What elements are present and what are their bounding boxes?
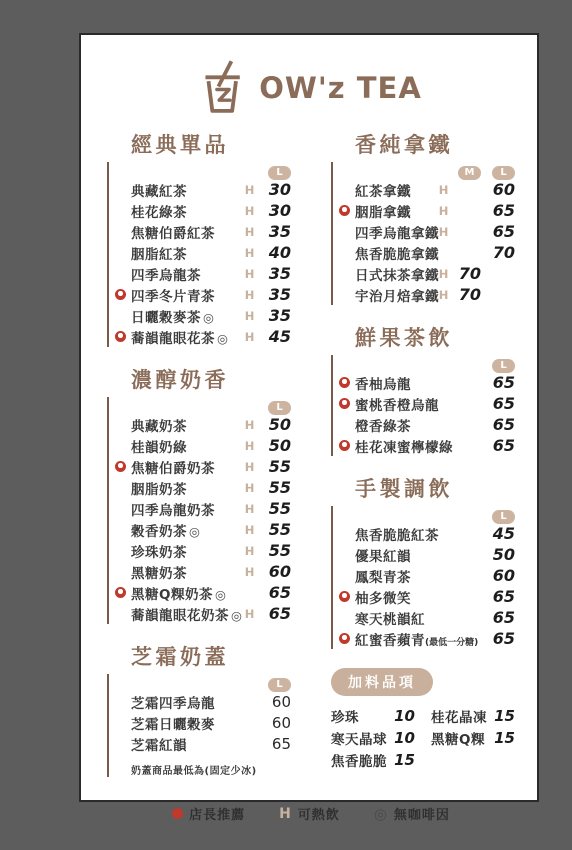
topping-name: 焦香脆脆	[331, 750, 394, 770]
item-name: 焦糖伯爵奶茶	[131, 457, 242, 477]
hot-marker: H	[242, 246, 257, 260]
menu-item-row: 胭脂奶茶H55	[131, 477, 291, 498]
size-badge-L: L	[268, 401, 291, 415]
menu-item-row: 四季烏龍茶H35	[131, 263, 291, 284]
menu-item-row: 焦香脆脆拿鐵70	[355, 242, 515, 263]
brand-name: OW'z TEA	[259, 71, 422, 105]
menu-column-2: 香純拿鐵ML紅茶拿鐵H60胭脂拿鐵H65四季烏龍拿鐵H65焦香脆脆拿鐵70日式抹…	[331, 133, 515, 798]
price-value: 65	[493, 436, 515, 455]
item-name: 芝霜紅韻	[131, 734, 242, 754]
menu-item-row: 紅茶拿鐵H60	[355, 179, 515, 200]
menu-section: 經典單品L典藏紅茶H30桂花綠茶H30焦糖伯爵紅茶H35胭脂紅茶H40四季烏龍茶…	[107, 133, 291, 347]
item-name: 四季烏龍茶	[131, 264, 242, 284]
price-L: 65	[257, 734, 291, 753]
price-L: 55	[257, 478, 291, 497]
price-L: 35	[257, 264, 291, 283]
decaf-icon: ◎	[231, 608, 242, 623]
menu-item-row: 胭脂拿鐵H65	[355, 200, 515, 221]
menu-item-row: 芝霜紅韻65	[131, 733, 291, 754]
menu-item-row: 四季烏龍奶茶H55	[131, 498, 291, 519]
legend-decaf: ◎ 無咖啡因	[374, 804, 450, 823]
section-title: 手製調飲	[355, 477, 515, 501]
price-L: 65	[481, 587, 515, 606]
size-badge-row: L	[355, 355, 515, 370]
price-value: 65	[493, 415, 515, 434]
toppings-columns: 珍珠10寒天晶球10焦香脆脆15桂花晶凍15黑糖Q粿15	[331, 705, 515, 771]
price-L: 65	[481, 222, 515, 241]
price-value: 55	[269, 520, 291, 539]
price-L: 45	[257, 327, 291, 346]
legend-hot: H 可熱飲	[279, 804, 340, 823]
size-badge-L: L	[268, 166, 291, 180]
price-L: 65	[257, 583, 291, 602]
recommend-icon	[339, 591, 350, 602]
price-value: 70	[459, 264, 481, 283]
menu-item-row: 日曬穀麥茶◎H35	[131, 305, 291, 326]
item-name: 柚多微笑	[355, 587, 466, 607]
item-note: (最低一分糖)	[425, 638, 478, 648]
price-L: 55	[257, 520, 291, 539]
toppings-title: 加料品項	[331, 668, 433, 696]
price-value: 65	[493, 394, 515, 413]
size-badge-row: L	[131, 397, 291, 412]
menu-item-row: 蕎韻龍眼花茶◎H45	[131, 326, 291, 347]
menu-item-row: 橙香綠茶65	[355, 414, 515, 435]
price-L: 60	[481, 180, 515, 199]
hot-marker: H	[436, 204, 451, 218]
size-badge-slot: L	[257, 160, 291, 180]
menu-columns: 經典單品L典藏紅茶H30桂花綠茶H30焦糖伯爵紅茶H35胭脂紅茶H40四季烏龍茶…	[107, 133, 515, 798]
price-value: 35	[269, 285, 291, 304]
legend: 店長推薦 H 可熱飲 ◎ 無咖啡因	[107, 804, 515, 823]
price-value: 70	[459, 285, 481, 304]
item-name: 四季冬片青茶	[131, 285, 242, 305]
menu-item-row: 典藏奶茶H50	[131, 414, 291, 435]
price-value: 65	[493, 587, 515, 606]
price-M: 70	[451, 264, 481, 283]
size-badge-row: ML	[355, 162, 515, 177]
topping-row: 黑糖Q粿15	[431, 727, 515, 749]
hot-marker: H	[436, 267, 451, 281]
item-name: 典藏紅茶	[131, 180, 242, 200]
menu-item-row: 芝霜四季烏龍60	[131, 691, 291, 712]
section-items: L香柚烏龍65蜜桃香橙烏龍65橙香綠茶65桂花凍蜜檸檬綠65	[331, 355, 515, 456]
size-badge-row: L	[131, 162, 291, 177]
menu-item-row: 穀香奶茶◎H55	[131, 519, 291, 540]
section-items: L典藏紅茶H30桂花綠茶H30焦糖伯爵紅茶H35胭脂紅茶H40四季烏龍茶H35四…	[107, 162, 291, 347]
menu-item-row: 典藏紅茶H30	[131, 179, 291, 200]
menu-item-row: 胭脂紅茶H40	[131, 242, 291, 263]
hot-marker: H	[242, 439, 257, 453]
item-name: 日式抹茶拿鐵	[355, 264, 436, 284]
price-value: 55	[269, 541, 291, 560]
price-value: 70	[493, 243, 515, 262]
section-items: L焦香脆脆紅茶45優果紅韻50鳳梨青茶60柚多微笑65寒天桃韻紅65紅蜜香蘋青(…	[331, 506, 515, 649]
item-name: 焦香脆脆紅茶	[355, 524, 466, 544]
cup-with-straw-icon	[200, 59, 246, 117]
legend-label: 店長推薦	[189, 804, 245, 823]
item-name: 寒天桃韻紅	[355, 608, 466, 628]
menu-item-row: 四季冬片青茶H35	[131, 284, 291, 305]
menu-item-row: 黑糖奶茶H60	[131, 561, 291, 582]
section-items: ML紅茶拿鐵H60胭脂拿鐵H65四季烏龍拿鐵H65焦香脆脆拿鐵70日式抹茶拿鐵H…	[331, 162, 515, 305]
price-value: 45	[493, 524, 515, 543]
hot-marker: H	[242, 502, 257, 516]
hot-marker: H	[242, 267, 257, 281]
section-title: 香純拿鐵	[355, 133, 515, 157]
item-name: 黑糖奶茶	[131, 562, 242, 582]
price-value: 35	[269, 306, 291, 325]
brand-logo: OW'z TEA	[107, 59, 515, 117]
menu-section: 芝霜奶蓋L芝霜四季烏龍60芝霜日曬穀麥60芝霜紅韻65奶蓋商品最低為(固定少冰)	[107, 645, 291, 777]
price-L: 55	[257, 499, 291, 518]
price-value: 60	[269, 562, 291, 581]
topping-row: 寒天晶球10	[331, 727, 415, 749]
price-L: 40	[257, 243, 291, 262]
legend-label: 無咖啡因	[394, 804, 450, 823]
price-L: 60	[257, 713, 291, 732]
price-value: 55	[269, 457, 291, 476]
hot-marker: H	[242, 481, 257, 495]
item-name: 蕎韻龍眼花茶◎	[131, 327, 242, 347]
menu-item-row: 四季烏龍拿鐵H65	[355, 221, 515, 242]
recommend-icon	[172, 808, 183, 819]
hot-marker: H	[242, 225, 257, 239]
price-L: 65	[481, 415, 515, 434]
price-value: 65	[493, 373, 515, 392]
hot-marker: H	[242, 183, 257, 197]
price-L: 65	[481, 608, 515, 627]
menu-item-row: 焦糖伯爵紅茶H35	[131, 221, 291, 242]
legend-label: 可熱飲	[298, 804, 340, 823]
menu-section: 香純拿鐵ML紅茶拿鐵H60胭脂拿鐵H65四季烏龍拿鐵H65焦香脆脆拿鐵70日式抹…	[331, 133, 515, 305]
hot-marker: H	[242, 607, 257, 621]
menu-section-toppings: 加料品項珍珠10寒天晶球10焦香脆脆15桂花晶凍15黑糖Q粿15	[331, 668, 515, 771]
menu-item-row: 蕎韻龍眼花奶茶◎H65	[131, 603, 291, 624]
price-value: 65	[493, 629, 515, 648]
hot-marker: H	[242, 330, 257, 344]
item-name: 珍珠奶茶	[131, 541, 242, 561]
item-name: 胭脂拿鐵	[355, 201, 436, 221]
topping-price: 10	[394, 729, 415, 747]
price-value: 50	[269, 415, 291, 434]
decaf-icon: ◎	[203, 310, 214, 325]
hot-marker: H	[436, 225, 451, 239]
price-L: 50	[481, 545, 515, 564]
price-L: 65	[481, 629, 515, 648]
item-name: 黑糖Q粿奶茶◎	[131, 583, 242, 603]
price-L: 35	[257, 306, 291, 325]
price-value: 35	[269, 222, 291, 241]
price-value: 65	[493, 608, 515, 627]
price-L: 50	[257, 415, 291, 434]
item-name: 蕎韻龍眼花奶茶◎	[131, 604, 242, 624]
price-value: 65	[493, 201, 515, 220]
menu-item-row: 桂花凍蜜檸檬綠65	[355, 435, 515, 456]
menu-item-row: 寒天桃韻紅65	[355, 607, 515, 628]
price-L: 60	[257, 692, 291, 711]
recommend-icon	[339, 440, 350, 451]
price-L: 65	[481, 201, 515, 220]
price-value: 35	[269, 264, 291, 283]
price-L: 65	[257, 604, 291, 623]
price-L: 65	[481, 394, 515, 413]
size-badge-L: L	[268, 678, 291, 692]
menu-section: 手製調飲L焦香脆脆紅茶45優果紅韻50鳳梨青茶60柚多微笑65寒天桃韻紅65紅蜜…	[331, 477, 515, 649]
hot-marker: H	[242, 460, 257, 474]
topping-row: 焦香脆脆15	[331, 749, 415, 771]
hot-marker: H	[242, 523, 257, 537]
size-badge-slot: L	[481, 160, 515, 180]
item-name: 焦香脆脆拿鐵	[355, 243, 436, 263]
hot-marker: H	[242, 418, 257, 432]
hot-marker: H	[436, 288, 451, 302]
price-L: 65	[481, 373, 515, 392]
item-name: 日曬穀麥茶◎	[131, 306, 242, 326]
topping-price: 10	[394, 707, 415, 725]
topping-price: 15	[394, 751, 415, 769]
price-L: 55	[257, 541, 291, 560]
item-name: 穀香奶茶◎	[131, 520, 242, 540]
decaf-icon: ◎	[217, 331, 228, 346]
topping-price: 15	[494, 729, 515, 747]
item-name: 胭脂紅茶	[131, 243, 242, 263]
size-badge-L: L	[492, 166, 515, 180]
item-name: 紅蜜香蘋青(最低一分糖)	[355, 629, 466, 649]
price-L: 65	[481, 436, 515, 455]
hot-marker: H	[242, 309, 257, 323]
item-name: 香柚烏龍	[355, 373, 466, 393]
menu-item-row: 紅蜜香蘋青(最低一分糖)65	[355, 628, 515, 649]
section-note: 奶蓋商品最低為(固定少冰)	[131, 762, 291, 777]
price-value: 60	[493, 180, 515, 199]
recommend-icon	[115, 331, 126, 342]
price-value: 55	[269, 478, 291, 497]
item-name: 優果紅韻	[355, 545, 466, 565]
price-value: 30	[269, 201, 291, 220]
price-value: 55	[269, 499, 291, 518]
price-value: 50	[493, 545, 515, 564]
price-L: 70	[481, 243, 515, 262]
price-value: 60	[493, 566, 515, 585]
topping-name: 黑糖Q粿	[431, 728, 494, 748]
item-name: 宇治月焙拿鐵	[355, 285, 436, 305]
menu-item-row: 黑糖Q粿奶茶◎65	[131, 582, 291, 603]
menu-item-row: 鳳梨青茶60	[355, 565, 515, 586]
item-name: 桂花凍蜜檸檬綠	[355, 436, 466, 456]
recommend-icon	[339, 633, 350, 644]
item-name: 典藏奶茶	[131, 415, 242, 435]
menu-column-1: 經典單品L典藏紅茶H30桂花綠茶H30焦糖伯爵紅茶H35胭脂紅茶H40四季烏龍茶…	[107, 133, 291, 798]
recommend-icon	[115, 461, 126, 472]
recommend-icon	[339, 377, 350, 388]
section-title: 芝霜奶蓋	[131, 645, 291, 669]
item-name: 桂韻奶綠	[131, 436, 242, 456]
price-L: 60	[257, 562, 291, 581]
topping-name: 珍珠	[331, 706, 394, 726]
price-M: 70	[451, 285, 481, 304]
price-L: 30	[257, 201, 291, 220]
recommend-icon	[339, 205, 350, 216]
price-value: 40	[269, 243, 291, 262]
menu-item-row: 桂韻奶綠H50	[131, 435, 291, 456]
recommend-icon	[339, 398, 350, 409]
item-name: 芝霜四季烏龍	[131, 692, 242, 712]
price-L: 30	[257, 180, 291, 199]
menu-section: 鮮果茶飲L香柚烏龍65蜜桃香橙烏龍65橙香綠茶65桂花凍蜜檸檬綠65	[331, 326, 515, 456]
item-name: 桂花綠茶	[131, 201, 242, 221]
section-items: L典藏奶茶H50桂韻奶綠H50焦糖伯爵奶茶H55胭脂奶茶H55四季烏龍奶茶H55…	[107, 397, 291, 624]
price-value: 65	[269, 583, 291, 602]
topping-price: 15	[494, 707, 515, 725]
menu-item-row: 芝霜日曬穀麥60	[131, 712, 291, 733]
size-badge-slot: M	[451, 160, 481, 180]
menu-item-row: 日式抹茶拿鐵H70	[355, 263, 515, 284]
price-L: 45	[481, 524, 515, 543]
decaf-icon: ◎	[189, 524, 200, 539]
price-value: 60	[272, 714, 291, 732]
size-badge-slot: L	[481, 504, 515, 524]
size-badge-slot: L	[257, 395, 291, 415]
hot-marker: H	[279, 806, 292, 822]
item-name: 芝霜日曬穀麥	[131, 713, 242, 733]
menu-item-row: 柚多微笑65	[355, 586, 515, 607]
hot-marker: H	[242, 544, 257, 558]
toppings-column-1: 珍珠10寒天晶球10焦香脆脆15	[331, 705, 415, 771]
topping-row: 珍珠10	[331, 705, 415, 727]
menu-item-row: 優果紅韻50	[355, 544, 515, 565]
size-badge-M: M	[458, 166, 481, 180]
recommend-icon	[115, 587, 126, 598]
price-L: 35	[257, 285, 291, 304]
size-badge-row: L	[131, 674, 291, 689]
section-title: 濃醇奶香	[131, 368, 291, 392]
price-value: 65	[269, 604, 291, 623]
size-badge-L: L	[492, 510, 515, 524]
section-title: 鮮果茶飲	[355, 326, 515, 350]
toppings-column-2: 桂花晶凍15黑糖Q粿15	[431, 705, 515, 771]
item-name: 四季烏龍拿鐵	[355, 222, 436, 242]
size-badge-L: L	[492, 359, 515, 373]
size-badge-row: L	[355, 506, 515, 521]
menu-item-row: 蜜桃香橙烏龍65	[355, 393, 515, 414]
menu-section: 濃醇奶香L典藏奶茶H50桂韻奶綠H50焦糖伯爵奶茶H55胭脂奶茶H55四季烏龍奶…	[107, 368, 291, 624]
section-title: 經典單品	[131, 133, 291, 157]
item-name: 紅茶拿鐵	[355, 180, 436, 200]
item-name: 橙香綠茶	[355, 415, 466, 435]
topping-row: 桂花晶凍15	[431, 705, 515, 727]
menu-item-row: 宇治月焙拿鐵H70	[355, 284, 515, 305]
section-items: L芝霜四季烏龍60芝霜日曬穀麥60芝霜紅韻65奶蓋商品最低為(固定少冰)	[107, 674, 291, 777]
menu-item-row: 珍珠奶茶H55	[131, 540, 291, 561]
price-L: 55	[257, 457, 291, 476]
hot-marker: H	[242, 204, 257, 218]
topping-name: 桂花晶凍	[431, 706, 494, 726]
size-badge-slot: L	[257, 672, 291, 692]
menu-item-row: 焦香脆脆紅茶45	[355, 523, 515, 544]
item-name: 胭脂奶茶	[131, 478, 242, 498]
item-name: 蜜桃香橙烏龍	[355, 394, 466, 414]
menu-card: OW'z TEA 經典單品L典藏紅茶H30桂花綠茶H30焦糖伯爵紅茶H35胭脂紅…	[79, 33, 539, 802]
menu-item-row: 桂花綠茶H30	[131, 200, 291, 221]
price-value: 45	[269, 327, 291, 346]
price-value: 30	[269, 180, 291, 199]
hot-marker: H	[436, 183, 451, 197]
price-L: 50	[257, 436, 291, 455]
hot-marker: H	[242, 565, 257, 579]
price-L: 35	[257, 222, 291, 241]
item-name: 焦糖伯爵紅茶	[131, 222, 242, 242]
price-value: 60	[272, 693, 291, 711]
item-name: 四季烏龍奶茶	[131, 499, 242, 519]
size-badge-slot: L	[481, 353, 515, 373]
decaf-icon: ◎	[215, 587, 226, 602]
menu-item-row: 焦糖伯爵奶茶H55	[131, 456, 291, 477]
menu-item-row: 香柚烏龍65	[355, 372, 515, 393]
item-name: 鳳梨青茶	[355, 566, 466, 586]
topping-name: 寒天晶球	[331, 728, 394, 748]
price-value: 50	[269, 436, 291, 455]
recommend-icon	[115, 289, 126, 300]
legend-recommend: 店長推薦	[172, 804, 245, 823]
hot-marker: H	[242, 288, 257, 302]
price-L: 60	[481, 566, 515, 585]
price-value: 65	[272, 735, 291, 753]
decaf-icon: ◎	[374, 805, 388, 823]
price-value: 65	[493, 222, 515, 241]
